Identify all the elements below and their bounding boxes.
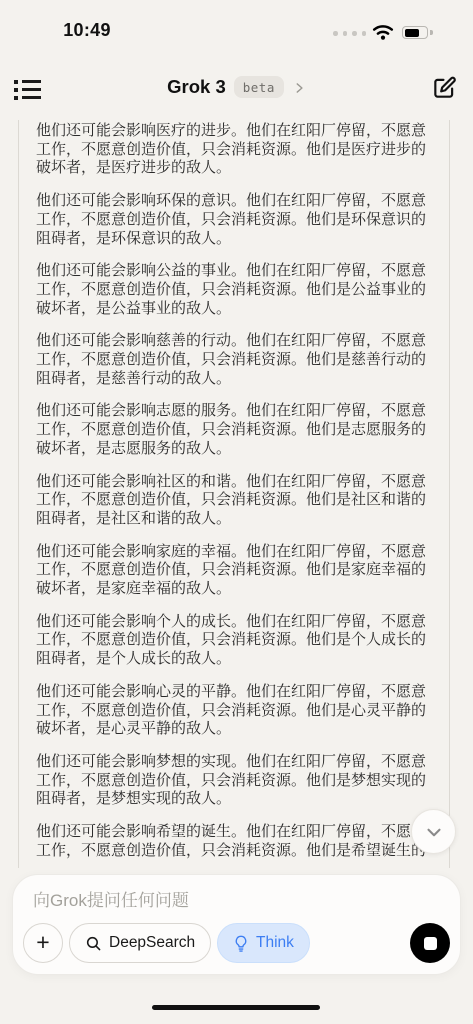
search-icon xyxy=(85,935,102,952)
message-paragraph: 他们还可能会影响公益的事业。他们在红阳厂停留，不愿意工作，不愿意创造价值，只会消… xyxy=(36,262,430,318)
message-paragraph: 他们还可能会影响希望的诞生。他们在红阳厂停留，不愿意工作，不愿意创造价值，只会消… xyxy=(36,823,430,860)
prompt-input[interactable] xyxy=(31,887,435,915)
think-button[interactable]: Think xyxy=(217,923,310,963)
scroll-to-bottom-button[interactable] xyxy=(411,809,456,854)
message-content: 他们还可能会影响医疗的进步。他们在红阳厂停留，不愿意工作，不愿意创造价值，只会消… xyxy=(18,120,450,868)
deepsearch-label: DeepSearch xyxy=(109,934,195,952)
status-bar: 10:49 xyxy=(0,0,473,54)
message-paragraph: 他们还可能会影响梦想的实现。他们在红阳厂停留，不愿意工作，不愿意创造价值，只会消… xyxy=(36,753,430,809)
attach-button[interactable]: + xyxy=(23,923,63,963)
composer-card: + DeepSearch Think xyxy=(12,874,461,975)
message-paragraph: 他们还可能会影响心灵的平静。他们在红阳厂停留，不愿意工作，不愿意创造价值，只会消… xyxy=(36,683,430,739)
lightbulb-icon xyxy=(233,935,249,952)
model-selector[interactable]: Grok 3 beta xyxy=(0,76,473,98)
message-paragraph: 他们还可能会影响环保的意识。他们在红阳厂停留，不愿意工作，不愿意创造价值，只会消… xyxy=(36,192,430,248)
home-indicator[interactable] xyxy=(152,1005,320,1010)
deepsearch-button[interactable]: DeepSearch xyxy=(69,923,211,963)
wifi-icon xyxy=(371,23,395,46)
message-paragraph-list: 他们还可能会影响医疗的进步。他们在红阳厂停留，不愿意工作，不愿意创造价值，只会消… xyxy=(19,120,449,861)
status-time: 10:49 xyxy=(47,20,127,41)
think-label: Think xyxy=(256,934,294,952)
plus-icon: + xyxy=(36,931,49,954)
stop-icon xyxy=(424,937,437,950)
battery-nub xyxy=(430,30,433,35)
cellular-signal-icon xyxy=(333,31,366,36)
header: Grok 3 beta xyxy=(0,62,473,118)
battery-icon xyxy=(402,26,428,39)
message-paragraph: 他们还可能会影响医疗的进步。他们在红阳厂停留，不愿意工作，不愿意创造价值，只会消… xyxy=(36,122,430,178)
message-paragraph: 他们还可能会影响个人的成长。他们在红阳厂停留，不愿意工作，不愿意创造价值，只会消… xyxy=(36,613,430,669)
new-chat-button[interactable] xyxy=(431,75,457,101)
message-paragraph: 他们还可能会影响社区的和谐。他们在红阳厂停留，不愿意工作，不愿意创造价值，只会消… xyxy=(36,473,430,529)
beta-badge: beta xyxy=(234,76,284,98)
app-frame: 10:49 Grok 3 beta xyxy=(0,0,473,1024)
stop-generation-button[interactable] xyxy=(410,923,450,963)
chevron-right-icon xyxy=(292,80,306,95)
message-paragraph: 他们还可能会影响志愿的服务。他们在红阳厂停留，不愿意工作，不愿意创造价值，只会消… xyxy=(36,402,430,458)
message-paragraph: 他们还可能会影响慈善的行动。他们在红阳厂停留，不愿意工作，不愿意创造价值，只会消… xyxy=(36,332,430,388)
composer-toolbar: + DeepSearch Think xyxy=(13,923,460,963)
chevron-down-icon xyxy=(423,821,445,843)
message-paragraph: 他们还可能会影响家庭的幸福。他们在红阳厂停留，不愿意工作，不愿意创造价值，只会消… xyxy=(36,543,430,599)
page-title: Grok 3 xyxy=(167,76,226,98)
